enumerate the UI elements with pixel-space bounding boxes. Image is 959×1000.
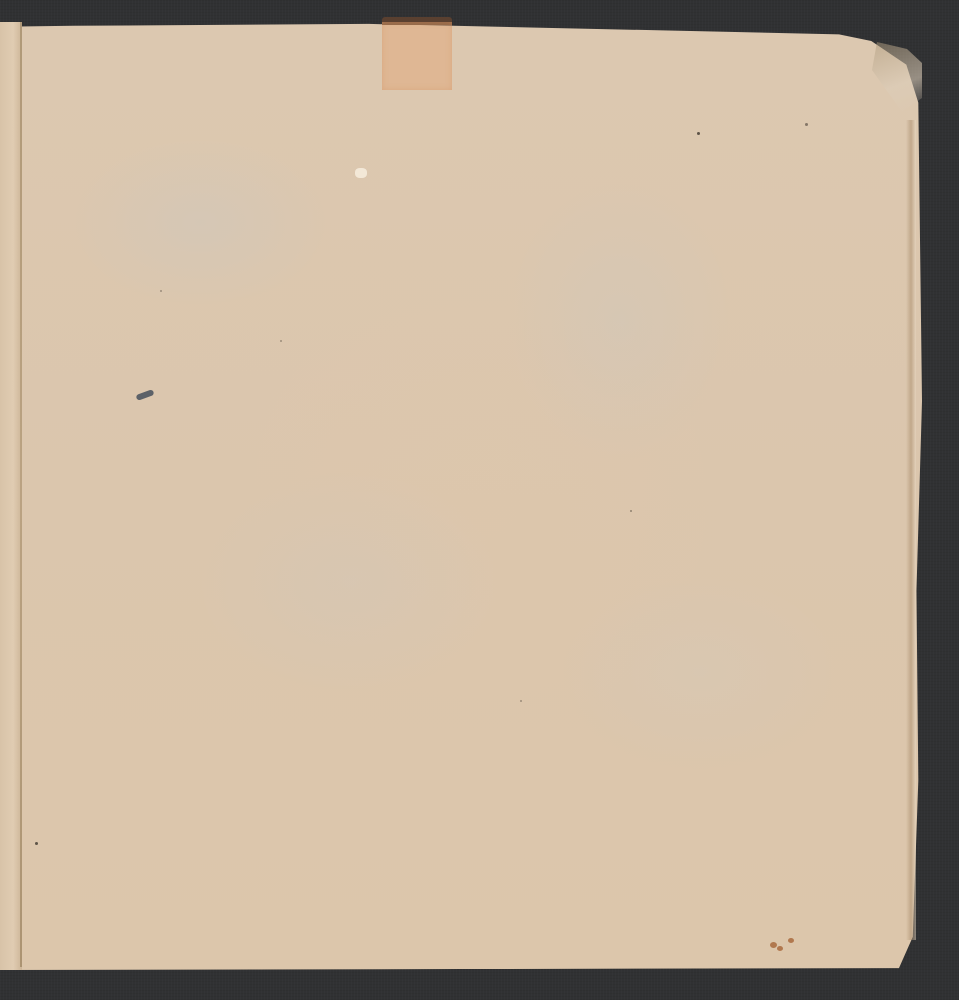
binding-fold-line	[20, 22, 22, 967]
speck	[160, 290, 162, 292]
seal-stamp	[382, 22, 452, 90]
speck	[805, 123, 808, 126]
speck	[35, 842, 38, 845]
manuscript-page	[0, 22, 922, 970]
left-page-edge	[0, 22, 22, 970]
paper-flake	[355, 168, 367, 178]
right-page-edge	[906, 120, 916, 940]
brown-stain	[777, 946, 783, 951]
brown-stain	[788, 938, 794, 943]
speck	[520, 700, 522, 702]
speck	[630, 510, 632, 512]
brown-stain	[770, 942, 777, 948]
speck	[280, 340, 282, 342]
speck	[697, 132, 700, 135]
